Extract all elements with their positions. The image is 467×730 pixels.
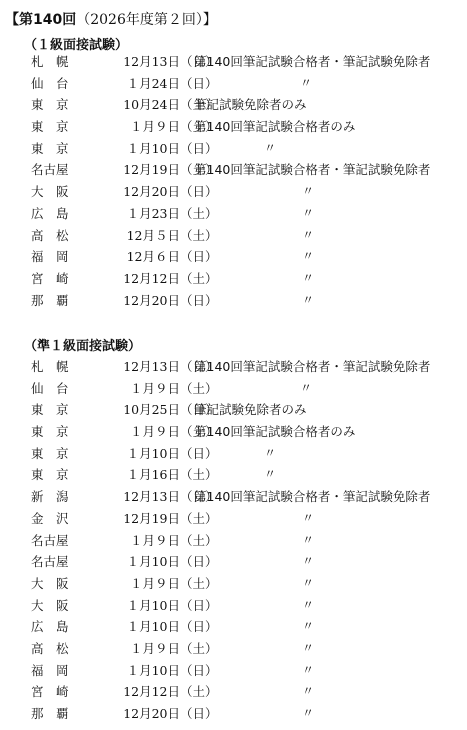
eligibility-note: 筆記試験免除者のみ	[194, 94, 307, 116]
exam-date: １月10日	[96, 443, 180, 465]
day-of-week: （日）	[180, 290, 218, 312]
ditto-mark: 〃	[302, 508, 314, 530]
eligibility-note: 第140回筆記試験合格者・筆記試験免除者	[194, 356, 430, 378]
venue-city: 高 松	[31, 225, 69, 247]
ditto-mark: 〃	[302, 530, 314, 552]
exam-date: １月24日	[96, 73, 180, 95]
day-of-week: （日）	[180, 246, 218, 268]
venue-city: 福 岡	[31, 246, 69, 268]
venue-city: 東 京	[31, 443, 69, 465]
day-of-week: （土）	[180, 573, 218, 595]
eligibility-note: 第140回筆記試験合格者・筆記試験免除者	[194, 51, 430, 73]
day-of-week: （日）	[180, 73, 218, 95]
exam-date: 12月20日	[96, 181, 180, 203]
ditto-mark: 〃	[264, 464, 276, 486]
exam-date: 12月13日	[96, 486, 180, 508]
exam-date: 12月19日	[96, 159, 180, 181]
venue-city: 東 京	[31, 138, 69, 160]
venue-city: 名古屋	[31, 551, 69, 573]
day-of-week: （日）	[180, 616, 218, 638]
venue-city: 札 幌	[31, 356, 69, 378]
day-of-week: （土）	[180, 378, 218, 400]
ditto-mark: 〃	[302, 595, 314, 617]
venue-city: 大 阪	[31, 573, 69, 595]
venue-city: 那 覇	[31, 703, 69, 725]
day-of-week: （土）	[180, 530, 218, 552]
venue-city: 仙 台	[31, 73, 69, 95]
eligibility-note: 第140回筆記試験合格者・筆記試験免除者	[194, 159, 430, 181]
exam-date: １月23日	[96, 203, 180, 225]
ditto-mark: 〃	[300, 378, 312, 400]
day-of-week: （土）	[180, 225, 218, 247]
venue-city: 名古屋	[31, 530, 69, 552]
day-of-week: （日）	[180, 595, 218, 617]
day-of-week: （日）	[180, 181, 218, 203]
venue-city: 東 京	[31, 464, 69, 486]
day-of-week: （日）	[180, 551, 218, 573]
venue-city: 金 沢	[31, 508, 69, 530]
exam-date: １月10日	[96, 138, 180, 160]
exam-date: 12月19日	[96, 508, 180, 530]
venue-city: 名古屋	[31, 159, 69, 181]
exam-date: １月10日	[96, 616, 180, 638]
day-of-week: （土）	[180, 203, 218, 225]
day-of-week: （土）	[180, 268, 218, 290]
ditto-mark: 〃	[264, 138, 276, 160]
ditto-mark: 〃	[300, 73, 312, 95]
ditto-mark: 〃	[302, 225, 314, 247]
day-of-week: （土）	[180, 638, 218, 660]
venue-city: 広 島	[31, 616, 69, 638]
venue-city: 札 幌	[31, 51, 69, 73]
ditto-mark: 〃	[302, 703, 314, 725]
ditto-mark: 〃	[264, 443, 276, 465]
day-of-week: （日）	[180, 138, 218, 160]
document-title: 【第140回（2026年度第２回）】	[5, 9, 217, 29]
eligibility-note: 第140回筆記試験合格者・筆記試験免除者	[194, 486, 430, 508]
exam-date: １月10日	[96, 551, 180, 573]
venue-city: 新 潟	[31, 486, 69, 508]
day-of-week: （日）	[180, 443, 218, 465]
venue-city: 仙 台	[31, 378, 69, 400]
eligibility-note: 第140回筆記試験合格者のみ	[194, 116, 355, 138]
exam-date: 12月20日	[96, 290, 180, 312]
venue-city: 那 覇	[31, 290, 69, 312]
exam-date: １月９日	[96, 378, 180, 400]
exam-date: 10月24日	[96, 94, 180, 116]
ditto-mark: 〃	[302, 181, 314, 203]
exam-date: １月９日	[96, 530, 180, 552]
venue-city: 大 阪	[31, 595, 69, 617]
exam-date: １月９日	[96, 116, 180, 138]
ditto-mark: 〃	[302, 681, 314, 703]
day-of-week: （土）	[180, 464, 218, 486]
exam-date: １月９日	[96, 638, 180, 660]
venue-city: 宮 崎	[31, 268, 69, 290]
title-round: 【第140回	[5, 12, 76, 28]
title-fiscal-year: （2026年度第２回）】	[76, 12, 217, 28]
eligibility-note: 筆記試験免除者のみ	[194, 399, 307, 421]
venue-city: 東 京	[31, 94, 69, 116]
section-heading-pre1: （準１級面接試験）	[24, 335, 141, 354]
exam-date: 12月20日	[96, 703, 180, 725]
exam-date: 12月６日	[96, 246, 180, 268]
ditto-mark: 〃	[302, 551, 314, 573]
ditto-mark: 〃	[302, 616, 314, 638]
ditto-mark: 〃	[302, 203, 314, 225]
venue-city: 福 岡	[31, 660, 69, 682]
venue-city: 東 京	[31, 399, 69, 421]
day-of-week: （日）	[180, 703, 218, 725]
venue-city: 宮 崎	[31, 681, 69, 703]
ditto-mark: 〃	[302, 246, 314, 268]
venue-city: 東 京	[31, 421, 69, 443]
venue-city: 広 島	[31, 203, 69, 225]
venue-city: 東 京	[31, 116, 69, 138]
exam-date: 12月12日	[96, 268, 180, 290]
day-of-week: （日）	[180, 660, 218, 682]
day-of-week: （土）	[180, 508, 218, 530]
ditto-mark: 〃	[302, 660, 314, 682]
eligibility-note: 第140回筆記試験合格者のみ	[194, 421, 355, 443]
venue-city: 大 阪	[31, 181, 69, 203]
ditto-mark: 〃	[302, 638, 314, 660]
ditto-mark: 〃	[302, 573, 314, 595]
exam-date: １月10日	[96, 660, 180, 682]
exam-date: １月10日	[96, 595, 180, 617]
exam-date: １月16日	[96, 464, 180, 486]
exam-date: １月９日	[96, 421, 180, 443]
exam-date: 12月13日	[96, 51, 180, 73]
ditto-mark: 〃	[302, 290, 314, 312]
day-of-week: （土）	[180, 681, 218, 703]
exam-date: 12月13日	[96, 356, 180, 378]
exam-date: 12月12日	[96, 681, 180, 703]
exam-date: 10月25日	[96, 399, 180, 421]
ditto-mark: 〃	[302, 268, 314, 290]
exam-date: １月９日	[96, 573, 180, 595]
exam-date: 12月５日	[96, 225, 180, 247]
venue-city: 高 松	[31, 638, 69, 660]
